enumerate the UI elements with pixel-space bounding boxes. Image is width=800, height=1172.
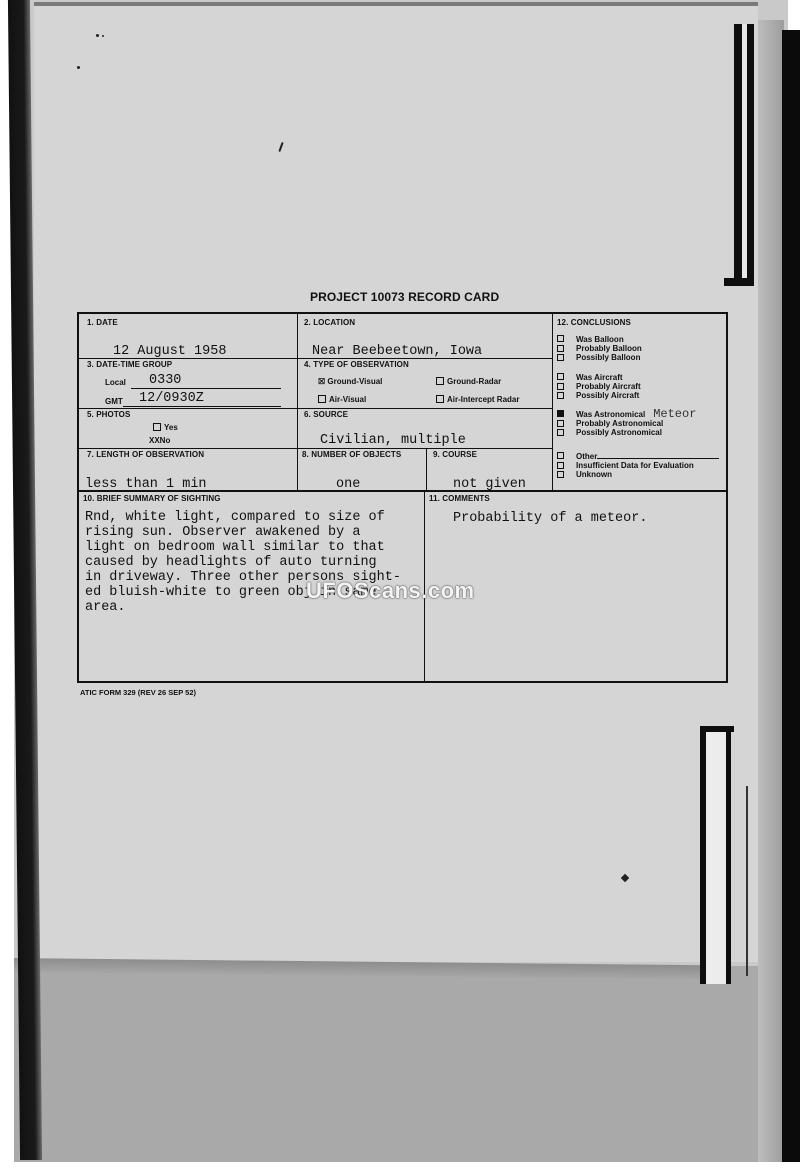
scan-margin-right [788, 0, 800, 30]
date-time-group-field: 3. DATE-TIME GROUP Local 0330 GMT 12/093… [79, 358, 297, 408]
card-title: PROJECT 10073 RECORD CARD [310, 290, 499, 304]
underlying-sheet [0, 966, 785, 1166]
ground-radar-option[interactable]: Ground-Radar [436, 377, 501, 386]
conclusion-option[interactable]: Possibly Balloon [557, 353, 642, 362]
type-of-observation-label: 4. TYPE OF OBSERVATION [304, 360, 409, 369]
checkbox-icon [557, 462, 564, 469]
checkbox-icon [557, 471, 564, 478]
checkbox-icon [153, 423, 161, 431]
type-of-observation-field: 4. TYPE OF OBSERVATION ☒ Ground-Visual G… [297, 358, 552, 408]
conclusion-option-checked[interactable]: Was AstronomicalMeteor [557, 410, 696, 419]
location-label: 2. LOCATION [304, 318, 355, 327]
conclusion-option[interactable]: Insufficient Data for Evaluation [557, 461, 719, 470]
air-intercept-radar-option[interactable]: Air-Intercept Radar [436, 395, 519, 404]
record-card: 1. DATE 12 August 1958 2. LOCATION Near … [77, 312, 728, 683]
photos-field: 5. PHOTOS Yes XXNo [79, 408, 297, 448]
conclusion-option[interactable]: Was Aircraft [557, 373, 641, 382]
conclusion-option[interactable]: Probably Aircraft [557, 382, 641, 391]
course-field: 9. COURSE not given [426, 448, 552, 490]
watermark: UFOScans.com [306, 578, 475, 604]
checkbox-icon [436, 395, 444, 403]
date-label: 1. DATE [87, 318, 118, 327]
gmt-time-value: 12/0930Z [123, 391, 281, 407]
conclusions-other-group: Other Insufficient Data for Evaluation U… [557, 450, 719, 480]
location-value: Near Beebeetown, Iowa [312, 344, 482, 359]
conclusions-astronomical-group: Was AstronomicalMeteor Probably Astronom… [557, 410, 696, 438]
gmt-label: GMT [105, 397, 123, 406]
conclusion-option[interactable]: Possibly Aircraft [557, 391, 641, 400]
photos-label: 5. PHOTOS [87, 410, 130, 419]
form-number: ATIC FORM 329 (REV 26 SEP 52) [80, 688, 196, 697]
checked-box-icon: ☒ [318, 377, 325, 386]
crossed-out-box-icon: XX [149, 436, 160, 445]
checkbox-icon [557, 383, 564, 390]
length-of-observation-label: 7. LENGTH OF OBSERVATION [87, 450, 204, 459]
scan-margin-bottom [0, 1162, 800, 1172]
conclusion-option[interactable]: Probably Balloon [557, 344, 642, 353]
source-label: 6. SOURCE [304, 410, 348, 419]
comments-value: Probability of a meteor. [453, 511, 647, 526]
conclusion-option[interactable]: Was Balloon [557, 335, 642, 344]
source-value: Civilian, multiple [320, 433, 466, 448]
date-value: 12 August 1958 [113, 344, 226, 359]
scan-edge-right [782, 30, 800, 1172]
length-of-observation-field: 7. LENGTH OF OBSERVATION less than 1 min [79, 448, 297, 490]
checkbox-icon [436, 377, 444, 385]
local-label: Local [105, 378, 126, 387]
conclusion-option[interactable]: Possibly Astronomical [557, 428, 696, 437]
date-time-group-label: 3. DATE-TIME GROUP [87, 360, 172, 369]
checkbox-icon [318, 395, 326, 403]
course-label: 9. COURSE [433, 450, 477, 459]
dust-speck [102, 35, 104, 37]
checkbox-icon [557, 392, 564, 399]
checkbox-icon [557, 420, 564, 427]
number-of-objects-label: 8. NUMBER OF OBJECTS [302, 450, 401, 459]
conclusions-field: 12. CONCLUSIONS Was Balloon Probably Bal… [552, 314, 728, 490]
ground-visual-option[interactable]: ☒ Ground-Visual [318, 377, 382, 386]
scan-edge-strip-right [758, 20, 784, 1172]
photos-no-option[interactable]: XXNo [149, 436, 170, 445]
location-field: 2. LOCATION Near Beebeetown, Iowa [297, 314, 552, 358]
dust-speck [96, 34, 99, 37]
conclusions-aircraft-group: Was Aircraft Probably Aircraft Possibly … [557, 373, 641, 401]
binder-clip-top [724, 24, 756, 286]
other-blank-line [597, 450, 719, 459]
photos-yes-option[interactable]: Yes [153, 423, 178, 432]
checked-box-icon [557, 410, 564, 417]
conclusion-option[interactable]: Other [557, 450, 719, 461]
conclusions-label: 12. CONCLUSIONS [557, 318, 631, 327]
checkbox-icon [557, 373, 564, 380]
source-field: 6. SOURCE Civilian, multiple [297, 408, 552, 448]
checkbox-icon [557, 429, 564, 436]
binder-clip-bottom [694, 726, 738, 984]
checkbox-icon [557, 335, 564, 342]
conclusion-option[interactable]: Unknown [557, 470, 719, 479]
air-visual-option[interactable]: Air-Visual [318, 395, 366, 404]
dust-speck [77, 66, 80, 69]
number-of-objects-field: 8. NUMBER OF OBJECTS one [297, 448, 426, 490]
comments-label: 11. COMMENTS [429, 494, 490, 503]
date-field: 1. DATE 12 August 1958 [79, 314, 297, 358]
checkbox-icon [557, 345, 564, 352]
checkbox-icon [557, 452, 564, 459]
checkbox-icon [557, 354, 564, 361]
summary-label: 10. BRIEF SUMMARY OF SIGHTING [83, 494, 221, 503]
conclusions-balloon-group: Was Balloon Probably Balloon Possibly Ba… [557, 335, 642, 363]
local-time-value: 0330 [131, 373, 281, 389]
